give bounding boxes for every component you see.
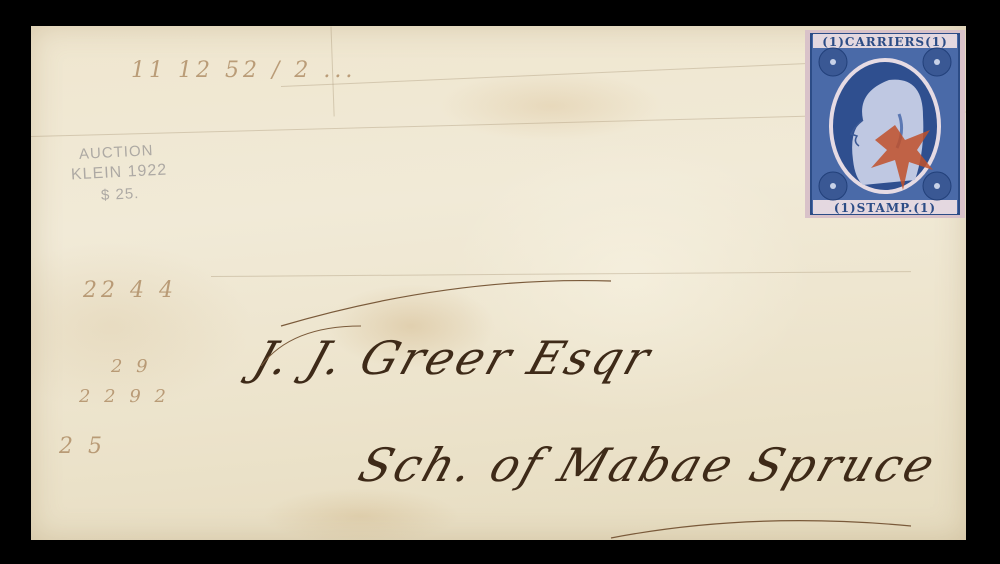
stamp-bottom-label: (1)STAMP.(1) xyxy=(805,201,965,215)
carriers-stamp: (1)CARRIERS(1) (1)STAMP.(1) xyxy=(805,30,965,218)
stamp-design xyxy=(805,30,965,218)
stamp-top-label: (1)CARRIERS(1) xyxy=(805,35,965,49)
